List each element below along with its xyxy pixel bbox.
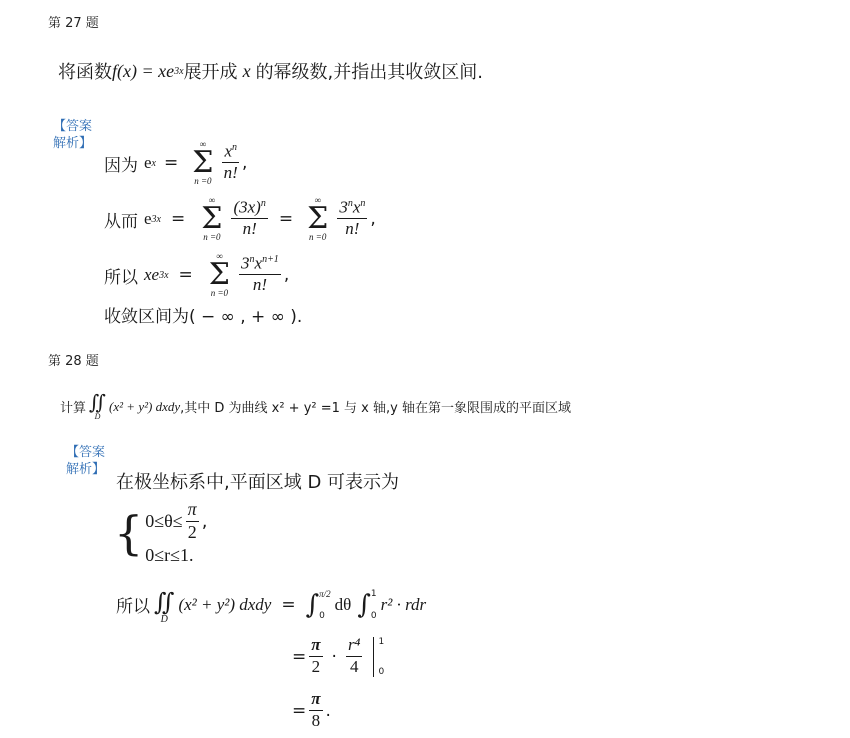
math-sup: n+1 [262, 254, 279, 265]
lower-limit: 0 [319, 611, 331, 621]
math-sup: n [261, 198, 266, 209]
integral-limits: π/2 0 [319, 589, 331, 621]
prompt-exponent: 3x [174, 66, 183, 77]
upper-limit: 1 [371, 589, 377, 599]
math-sup: n [360, 198, 365, 209]
math-e: e [144, 153, 152, 173]
question-28-heading: 第 28 题 [48, 350, 99, 369]
sum-lower: n =0 [194, 177, 211, 186]
sigma-symbol: Σ [307, 205, 328, 233]
numerator: r⁴ [346, 636, 363, 657]
comma: , [284, 265, 289, 285]
prompt-text: 展开成 [184, 58, 238, 84]
prompt-text: 将函数 [58, 58, 112, 84]
numerator: x [224, 142, 232, 161]
differential: dθ [335, 595, 352, 615]
answer-label-28: 【答案解析】 [66, 444, 106, 478]
sum-lower: n =0 [211, 289, 228, 298]
fraction: π 2 [186, 500, 199, 543]
step-27-4: 收敛区间为( − ∞ , + ∞ ). [104, 302, 302, 327]
step-text: 所以 [116, 592, 150, 617]
equals-sign: = [164, 153, 178, 173]
denominator: n! [224, 163, 238, 183]
period: . [326, 701, 331, 721]
prompt-function: f(x) = xe [112, 61, 174, 82]
step-27-1: 因为 ex = ∞ Σ n =0 xn n! , [104, 140, 247, 186]
fraction: π 8 [309, 690, 322, 731]
question-28-prompt: 计算 ∬ D (x² + y²) dxdy ,其中 D 为曲线 x² + y² … [60, 392, 571, 421]
integral-limits: 1 0 [371, 589, 377, 621]
answer-label-27: 【答案解析】 [53, 118, 93, 152]
numerator: π [309, 636, 322, 657]
denominator: 2 [188, 522, 197, 544]
lower-limit: 0 [371, 611, 377, 621]
sum-lower: n =0 [203, 233, 220, 242]
double-integral-icon: ∬ [154, 590, 174, 614]
question-27-heading: 第 27 题 [48, 12, 99, 31]
integral-icon: ∫ [306, 590, 320, 620]
fraction: r⁴ 4 [346, 636, 363, 677]
math-sup: 3x [159, 270, 168, 281]
numerator: 3 [241, 254, 250, 273]
fraction: π 2 [309, 636, 322, 677]
summation: ∞ Σ n =0 [209, 252, 230, 298]
step-28-4: = π 2 · r⁴ 4 1 0 [292, 636, 384, 677]
math-xe: xe [144, 265, 159, 285]
step-text: 所以 [104, 263, 138, 288]
sigma-symbol: Σ [192, 149, 213, 177]
sigma-symbol: Σ [201, 205, 222, 233]
upper-limit: 1 [378, 637, 384, 647]
prompt-text: 计算 [60, 397, 86, 416]
step-27-3: 所以 xe3x = ∞ Σ n =0 3nxn+1 n! , [104, 252, 289, 298]
denominator: n! [345, 219, 359, 239]
comma: , [242, 153, 247, 173]
equals-sign: = [292, 701, 306, 721]
sum-lower: n =0 [309, 233, 326, 242]
numerator: 3 [339, 198, 348, 217]
summation: ∞ Σ n =0 [307, 196, 328, 242]
denominator: n! [253, 275, 267, 295]
equals-sign: = [292, 647, 306, 667]
fraction: 3nxn n! [337, 198, 367, 240]
fraction: xn n! [222, 142, 239, 184]
numerator: π [309, 690, 322, 711]
left-brace: { [114, 510, 143, 556]
integral-domain: D [161, 614, 168, 625]
integrand: (x² + y²) dxdy [178, 595, 271, 615]
equals-sign: = [171, 209, 185, 229]
case-text: 0≤θ≤ [145, 511, 182, 532]
fraction: 3nxn+1 n! [239, 254, 281, 296]
multiply-dot: · [332, 647, 337, 667]
denominator: 8 [312, 711, 321, 731]
double-integral-icon: ∬ [89, 392, 106, 412]
upper-limit: π/2 [319, 589, 331, 599]
prompt-text: 的幂级数,并指出其收敛区间. [256, 58, 483, 84]
math-sup: n [232, 142, 237, 153]
step-text: 因为 [104, 151, 138, 176]
case-theta: 0≤θ≤ π 2 , [145, 500, 207, 543]
integral-body: r² · rdr [381, 595, 427, 615]
prompt-text: ,其中 D 为曲线 x² + y² =1 与 x 轴,y 轴在第一象限围成的平面… [180, 397, 571, 416]
denominator: 4 [350, 657, 359, 677]
summation: ∞ Σ n =0 [201, 196, 222, 242]
lower-limit: 0 [378, 667, 384, 677]
comma: , [202, 511, 208, 532]
fraction: (3x)n n! [231, 198, 267, 240]
step-27-2: 从而 e3x = ∞ Σ n =0 (3x)n n! = ∞ Σ n =0 3n… [104, 196, 376, 242]
case-r: 0≤r≤1. [145, 545, 207, 566]
sigma-symbol: Σ [209, 261, 230, 289]
math-sup: x [152, 158, 156, 169]
question-27-prompt: 将函数 f(x) = xe3x 展开成 x 的幂级数,并指出其收敛区间. [58, 58, 483, 84]
equals-sign: = [179, 265, 193, 285]
integral-icon: ∫ [357, 590, 371, 620]
prompt-variable: x [243, 61, 251, 82]
evaluation-bar [373, 637, 374, 677]
comma: , [370, 209, 375, 229]
denominator: n! [243, 219, 257, 239]
equals-sign: = [281, 595, 295, 615]
equals-sign: = [279, 209, 293, 229]
step-28-1: 在极坐标系中,平面区域 D 可表示为 [116, 468, 399, 494]
math-sup: 3x [152, 214, 161, 225]
math-e: e [144, 209, 152, 229]
step-text: 从而 [104, 207, 138, 232]
step-28-2-cases: { 0≤θ≤ π 2 , 0≤r≤1. [114, 500, 207, 566]
evaluation-limits: 1 0 [378, 637, 384, 677]
integrand: (x² + y²) dxdy [109, 399, 180, 415]
integral-domain: D [95, 412, 101, 421]
step-28-3: 所以 ∬ D (x² + y²) dxdy = ∫ π/2 0 dθ ∫ 1 0… [116, 584, 426, 625]
denominator: 2 [312, 657, 321, 677]
summation: ∞ Σ n =0 [192, 140, 213, 186]
step-28-5: = π 8 . [292, 690, 331, 731]
double-integral: ∬ D [154, 590, 174, 625]
numerator: x [255, 254, 263, 273]
numerator: (3x) [233, 198, 260, 217]
double-integral: ∬ D [89, 392, 106, 421]
numerator: π [186, 500, 199, 522]
